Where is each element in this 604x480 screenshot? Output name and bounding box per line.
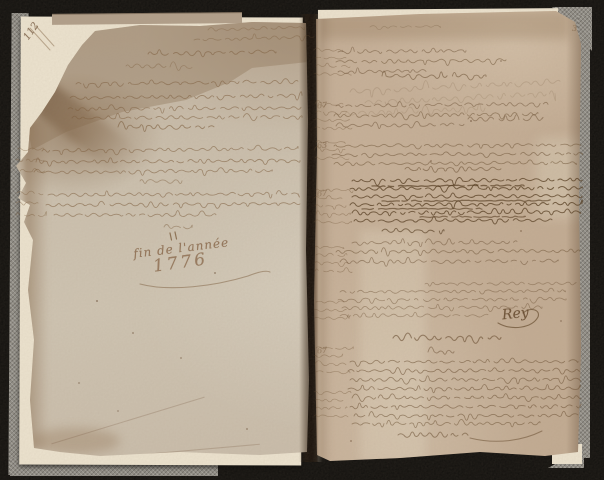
ink-specks [470, 120, 472, 122]
scanned-book-spread: 112 fin de l'année 1776 3 67 63 67 67 Re… [0, 0, 604, 480]
ink-specks [96, 300, 98, 302]
underlying-leaf-edge [52, 12, 242, 25]
paper-crease [51, 397, 204, 445]
gutter-shadow [299, 14, 323, 462]
bleached-band [360, 230, 426, 462]
